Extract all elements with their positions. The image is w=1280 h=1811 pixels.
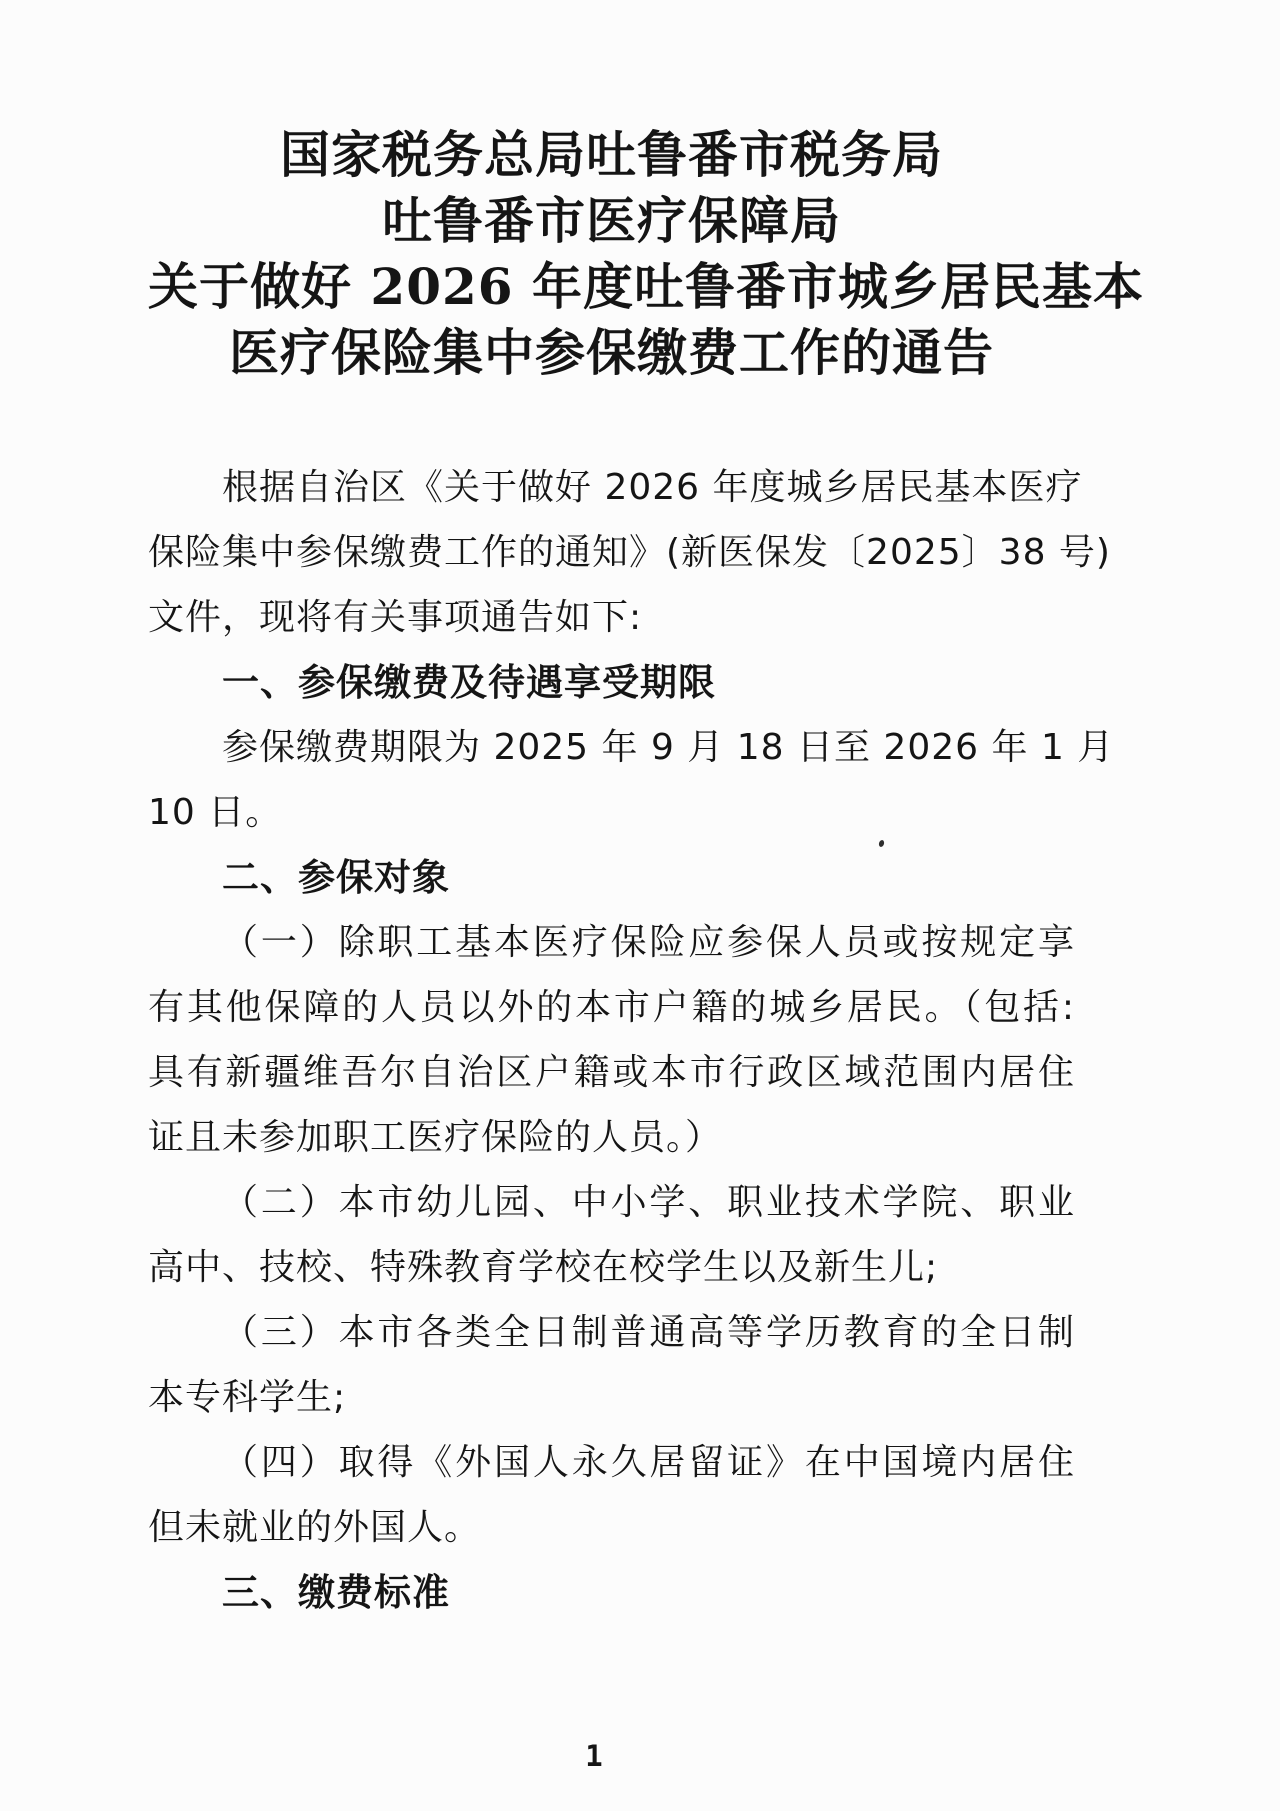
body-text-line: 有其他保障的人员以外的本市户籍的城乡居民。（包括: [148, 975, 1075, 1040]
body-text-line: （三）本市各类全日制普通高等学历教育的全日制 [148, 1300, 1075, 1365]
body-text-line: （四）取得《外国人永久居留证》在中国境内居住 [148, 1430, 1075, 1495]
body-text-line: 根据自治区《关于做好 2026 年度城乡居民基本医疗 [148, 455, 1075, 520]
section-heading-line: 三、缴费标准 [148, 1560, 1075, 1625]
body-text-line: 具有新疆维吾尔自治区户籍或本市行政区域范围内居住 [148, 1040, 1075, 1105]
title-line-subject-2: 医疗保险集中参保缴费工作的通告 [148, 320, 1075, 386]
body-text-line: （一）除职工基本医疗保险应参保人员或按规定享 [148, 910, 1075, 975]
body-text-line: 高中、技校、特殊教育学校在校学生以及新生儿; [148, 1235, 1075, 1300]
body-text-line: 但未就业的外国人。 [148, 1495, 1075, 1560]
title-line-agency-1: 国家税务总局吐鲁番市税务局 [148, 122, 1075, 188]
body-text-line: 证且未参加职工医疗保险的人员。） [148, 1105, 1075, 1170]
body-text-line: （二）本市幼儿园、中小学、职业技术学院、职业 [148, 1170, 1075, 1235]
title-line-agency-2: 吐鲁番市医疗保障局 [148, 188, 1075, 254]
body-text-line: 参保缴费期限为 2025 年 9 月 18 日至 2026 年 1 月 [148, 715, 1075, 780]
body-text-line: 保险集中参保缴费工作的通知》(新医保发〔2025〕38 号) [148, 520, 1075, 585]
title-line-subject-1: 关于做好 2026 年度吐鲁番市城乡居民基本 [148, 254, 1075, 320]
body-text-line: 10 日。 [148, 780, 1075, 845]
section-heading-line: 一、参保缴费及待遇享受期限 [148, 650, 1075, 715]
scanned-document-page: 国家税务总局吐鲁番市税务局 吐鲁番市医疗保障局 关于做好 2026 年度吐鲁番市… [0, 0, 1280, 1811]
body-text-line: 文件，现将有关事项通告如下: [148, 585, 1075, 650]
document-title: 国家税务总局吐鲁番市税务局 吐鲁番市医疗保障局 关于做好 2026 年度吐鲁番市… [148, 122, 1075, 386]
body-text-line: 本专科学生; [148, 1365, 1075, 1430]
document-body: 根据自治区《关于做好 2026 年度城乡居民基本医疗保险集中参保缴费工作的通知》… [148, 455, 1075, 1625]
section-heading-line: 二、参保对象 [148, 845, 1075, 910]
page-number: 1 [578, 1738, 610, 1774]
